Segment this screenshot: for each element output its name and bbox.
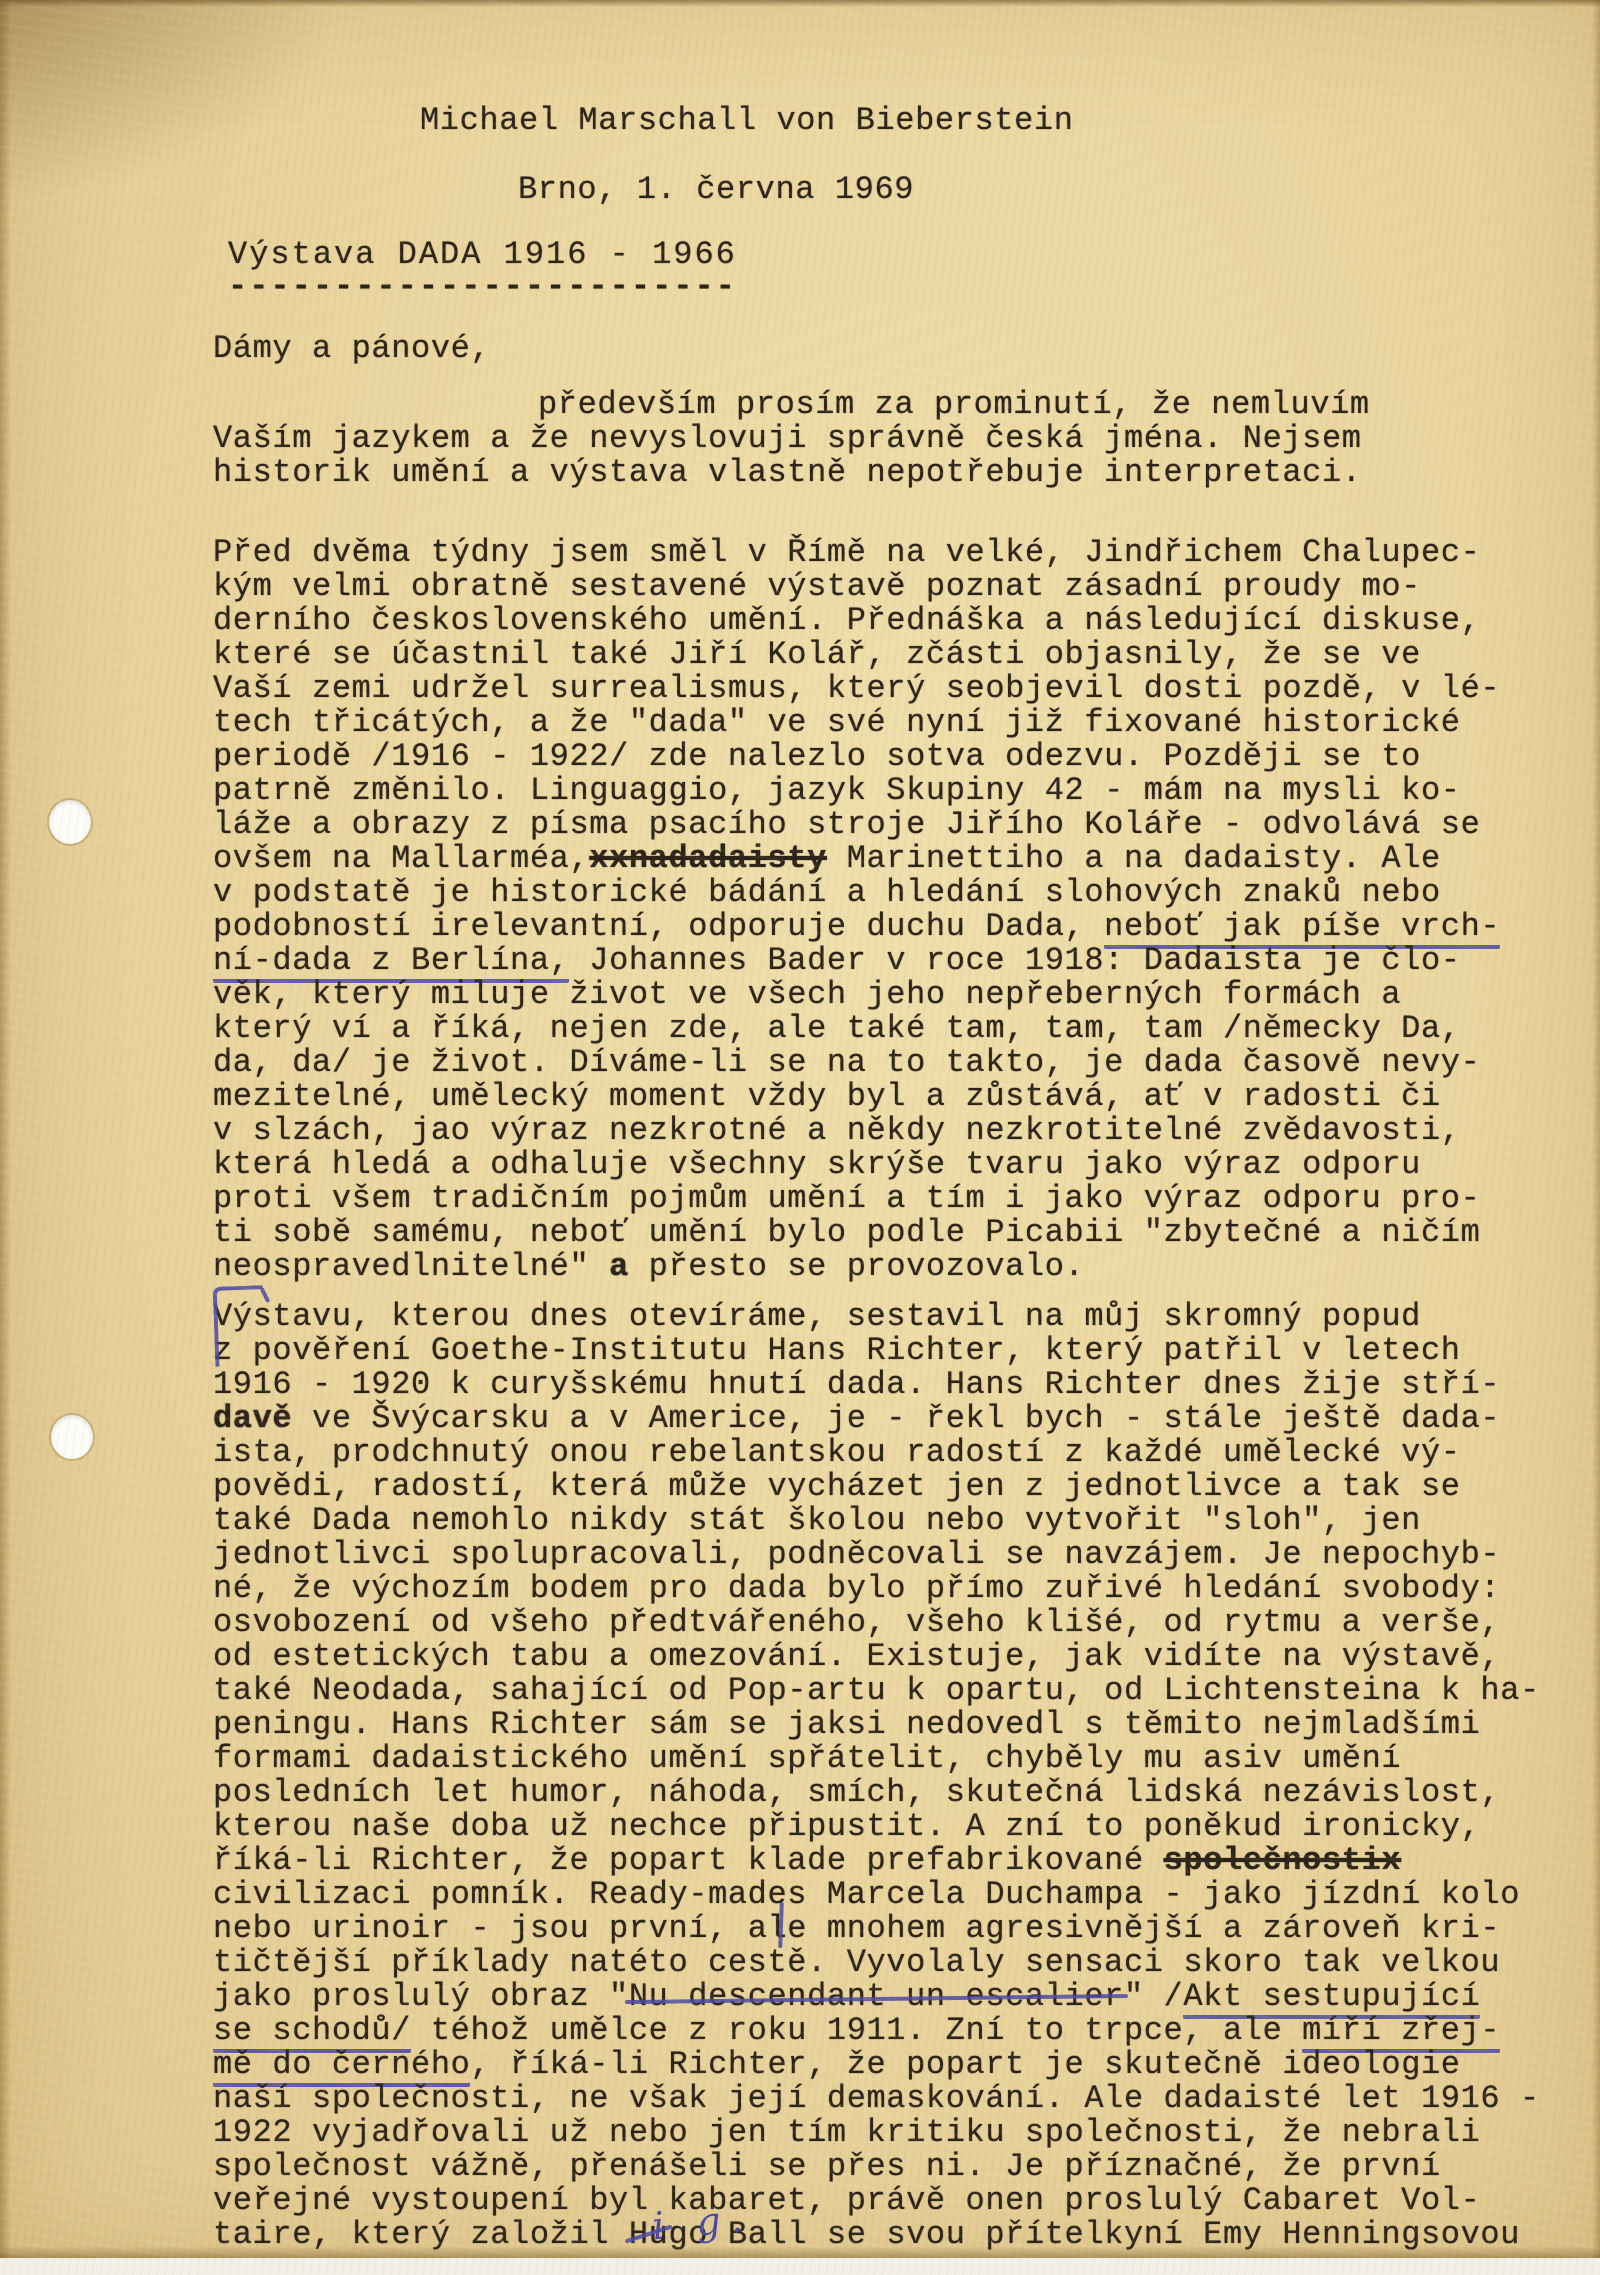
- annotated-text-pen-strike: Nu descendant un escalier: [629, 1978, 1124, 2015]
- text-line: mezitelné, umělecký moment vždy byl a zů…: [213, 1080, 1560, 1114]
- text-line: jako proslulý obraz "Nu descendant un es…: [213, 1980, 1560, 2014]
- text-line: především prosím za prominutí, že nemluv…: [213, 388, 1560, 422]
- text-segment: Výstavu, kterou dnes otevíráme, sestavil…: [213, 1298, 1421, 1335]
- text-line: se schodů/ téhož umělce z roku 1911. Zní…: [213, 2014, 1560, 2048]
- text-line: Vaší zemi udržel surrealismus, který seo…: [213, 672, 1560, 706]
- text-line: kým velmi obratně sestavené výstavě pozn…: [213, 570, 1560, 604]
- annotated-text-pen-caret: ale: [748, 1910, 807, 1947]
- text-segment: nebo urinoir - jsou první,: [213, 1910, 748, 1947]
- author-line: Michael Marschall von Bieberstein: [420, 102, 1074, 139]
- text-segment: né, že výchozím bodem pro dada bylo přím…: [213, 1570, 1500, 1607]
- text-line: davě ve Švýcarsku a v Americe, je - řekl…: [213, 1402, 1560, 1436]
- text-segment: od estetických tabu a omezování. Existuj…: [213, 1638, 1500, 1675]
- text-segment: Johannes Bader v roce 1918: Dadaista je …: [569, 942, 1460, 979]
- text-line: derního československého umění. Přednášk…: [213, 604, 1560, 638]
- text-segment: z pověření Goethe-Institutu Hans Richter…: [213, 1332, 1461, 1369]
- text-line: z pověření Goethe-Institutu Hans Richter…: [213, 1334, 1560, 1368]
- text-segment: také Dada nemohlo nikdy stát školou nebo…: [213, 1502, 1421, 1539]
- text-line: mě do černého, říká-li Richter, že popar…: [213, 2048, 1560, 2082]
- text-line: periodě /1916 - 1922/ zde nalezlo sotva …: [213, 740, 1560, 774]
- text-line: podobností irelevantní, odporuje duchu D…: [213, 910, 1560, 944]
- text-segment: ti sobě samému, neboť umění bylo podle P…: [213, 1214, 1480, 1251]
- text-line: ní-dada z Berlína, Johannes Bader v roce…: [213, 944, 1560, 978]
- text-segment: proti všem tradičním pojmům umění a tím …: [213, 1180, 1480, 1217]
- text-line: které se účastnil také Jiří Kolář, zčást…: [213, 638, 1560, 672]
- text-line: v podstatě je historické bádání a hledán…: [213, 876, 1560, 910]
- text-line: proti všem tradičním pojmům umění a tím …: [213, 1182, 1560, 1216]
- text-line: společnost vážně, přenášeli se přes ni. …: [213, 2150, 1560, 2184]
- text-segment: láže a obrazy z písma psacího stroje Jiř…: [213, 806, 1480, 843]
- text-line: od estetických tabu a omezování. Existuj…: [213, 1640, 1560, 1674]
- text-line: naší společnosti, ne však její demasková…: [213, 2082, 1560, 2116]
- text-line: kterou naše doba už nechce připustit. A …: [213, 1810, 1560, 1844]
- handwritten-initials: i g.: [650, 2196, 754, 2249]
- text-segment: říká-li Richter, že popart klade prefabr…: [213, 1842, 1164, 1879]
- text-line: Před dvěma týdny jsem směl v Římě na vel…: [213, 536, 1560, 570]
- text-line: da, da/ je život. Díváme-li se na to tak…: [213, 1046, 1560, 1080]
- text-segment: společnost vážně, přenášeli se přes ni. …: [213, 2148, 1441, 2185]
- text-segment: jednotlivci spolupracovali, podněcovali …: [213, 1536, 1500, 1573]
- text-segment: " /: [1124, 1978, 1183, 2015]
- text-segment: věk, který miluje život ve všech jeho ne…: [213, 976, 1401, 1013]
- text-segment: 1922 vyjadřovali už nebo jen tím kritiku…: [213, 2114, 1480, 2151]
- text-line: láže a obrazy z písma psacího stroje Jiř…: [213, 808, 1560, 842]
- typewritten-letter-page: Michael Marschall von Bieberstein Brno, …: [0, 0, 1600, 2275]
- text-line: věk, který miluje život ve všech jeho ne…: [213, 978, 1560, 1012]
- text-line: formami dadaistického umění spřátelit, c…: [213, 1742, 1560, 1776]
- text-segment: Marinettiho a na dadaisty. Ale: [827, 840, 1441, 877]
- text-segment: periodě /1916 - 1922/ zde nalezlo sotva …: [213, 738, 1421, 775]
- text-segment: kým velmi obratně sestavené výstavě pozn…: [213, 568, 1421, 605]
- text-line: která hledá a odhaluje všechny skrýše tv…: [213, 1148, 1560, 1182]
- text-segment: která hledá a odhaluje všechny skrýše tv…: [213, 1146, 1421, 1183]
- text-line: říká-li Richter, že popart klade prefabr…: [213, 1844, 1560, 1878]
- text-segment: neospravedlnitelné": [213, 1248, 609, 1285]
- text-line: povědi, radostí, která může vycházet jen…: [213, 1470, 1560, 1504]
- paragraph: především prosím za prominutí, že nemluv…: [213, 388, 1560, 490]
- text-segment: naší společnosti, ne však její demasková…: [213, 2080, 1540, 2117]
- text-line: civilizaci pomník. Ready-mades Marcela D…: [213, 1878, 1560, 1912]
- text-line: 1916 - 1920 k curyšskému hnutí dada. Han…: [213, 1368, 1560, 1402]
- text-segment: historik umění a výstava vlastně nepotře…: [213, 454, 1362, 491]
- paper-corner-shadow: [0, 0, 340, 200]
- punch-hole-bottom: [51, 1415, 93, 1459]
- text-line: veřejné vystoupení byl kabaret, právě on…: [213, 2184, 1560, 2218]
- text-line: ista, prodchnutý onou rebelantskou rados…: [213, 1436, 1560, 1470]
- text-segment: podobností irelevantní, odporuje duchu D…: [213, 908, 1104, 945]
- pen-bracket-annotation: [213, 1285, 266, 1367]
- text-segment: patrně změnilo. Linguaggio, jazyk Skupin…: [213, 772, 1461, 809]
- title-underline-dashes: ------------------------: [228, 268, 737, 305]
- text-segment: mezitelné, umělecký moment vždy byl a zů…: [213, 1078, 1441, 1115]
- text-segment: mnohem agresivnější a zároveň kri-: [807, 1910, 1500, 1947]
- text-segment: povědi, radostí, která může vycházet jen…: [213, 1468, 1461, 1505]
- paper-edge-bottom: [0, 2246, 1600, 2258]
- paragraph: Výstavu, kterou dnes otevíráme, sestavil…: [213, 1300, 1560, 2252]
- text-segment: které se účastnil také Jiří Kolář, zčást…: [213, 636, 1421, 673]
- text-line: ovšem na Mallarméa,xxnadadaisty Marinett…: [213, 842, 1560, 876]
- text-segment: osvobození od všeho předtvářeného, všeho…: [213, 1604, 1500, 1641]
- text-segment: derního československého umění. Přednášk…: [213, 602, 1480, 639]
- paper-edge-right: [1592, 0, 1600, 2275]
- annotated-text-overtype: davě: [213, 1400, 292, 1437]
- text-line: Výstavu, kterou dnes otevíráme, sestavil…: [213, 1300, 1560, 1334]
- text-segment: především prosím za prominutí, že nemluv…: [538, 386, 1370, 423]
- text-segment: 1916 - 1920 k curyšskému hnutí dada. Han…: [213, 1366, 1500, 1403]
- text-segment: téhož umělce z roku 1911. Zní to trpce, …: [411, 2012, 1302, 2049]
- text-line: posledních let humor, náhoda, smích, sku…: [213, 1776, 1560, 1810]
- text-segment: da, da/ je život. Díváme-li se na to tak…: [213, 1044, 1480, 1081]
- text-segment: Vaší zemi udržel surrealismus, který seo…: [213, 670, 1500, 707]
- annotated-text-type-strike: společnostix: [1164, 1842, 1402, 1879]
- scan-background-strip: [0, 2258, 1600, 2275]
- text-line: historik umění a výstava vlastně nepotře…: [213, 456, 1560, 490]
- text-segment: přesto se provozovalo.: [629, 1248, 1084, 1285]
- text-segment: ve Švýcarsku a v Americe, je - řekl bych…: [292, 1400, 1500, 1437]
- salutation: Dámy a pánové,: [213, 330, 490, 367]
- text-segment: v slzách, jao výraz nezkrotné a někdy ne…: [213, 1112, 1461, 1149]
- text-segment: civilizaci pomník. Ready-mades Marcela D…: [213, 1876, 1520, 1913]
- text-segment: ovšem na Mallarméa,: [213, 840, 589, 877]
- text-segment: Před dvěma týdny jsem směl v Římě na vel…: [213, 534, 1480, 571]
- text-line: jednotlivci spolupracovali, podněcovali …: [213, 1538, 1560, 1572]
- text-segment: jako proslulý obraz ": [213, 1978, 629, 2015]
- text-line: nebo urinoir - jsou první, ale mnohem ag…: [213, 1912, 1560, 1946]
- text-line: tičtější příklady natéto cestě. Vyvolaly…: [213, 1946, 1560, 1980]
- text-segment: také Neodada, sahající od Pop-artu k opa…: [213, 1672, 1540, 1709]
- text-segment: tičtější příklady natéto cestě. Vyvolaly…: [213, 1944, 1500, 1981]
- text-segment: Vaším jazykem a že nevyslovuji správně č…: [213, 420, 1362, 457]
- text-line: v slzách, jao výraz nezkrotné a někdy ne…: [213, 1114, 1560, 1148]
- paper-edge-left: [0, 0, 11, 2275]
- text-line: 1922 vyjadřovali už nebo jen tím kritiku…: [213, 2116, 1560, 2150]
- text-segment: tech třicátých, a že "dada" ve své nyní …: [213, 704, 1461, 741]
- paragraph: Před dvěma týdny jsem směl v Římě na vel…: [213, 536, 1560, 1284]
- text-segment: formami dadaistického umění spřátelit, c…: [213, 1740, 1401, 1777]
- annotated-text-overtype: a: [609, 1248, 629, 1285]
- text-line: osvobození od všeho předtvářeného, všeho…: [213, 1606, 1560, 1640]
- text-line: neospravedlnitelné" a přesto se provozov…: [213, 1250, 1560, 1284]
- annotated-text-type-strike: xxnadadaisty: [589, 840, 827, 877]
- text-segment: peningu. Hans Richter sám se jaksi nedov…: [213, 1706, 1480, 1743]
- text-line: také Neodada, sahající od Pop-artu k opa…: [213, 1674, 1560, 1708]
- dateline: Brno, 1. června 1969: [518, 171, 914, 208]
- text-line: peningu. Hans Richter sám se jaksi nedov…: [213, 1708, 1560, 1742]
- text-line: Vaším jazykem a že nevyslovuji správně č…: [213, 422, 1560, 456]
- text-line: také Dada nemohlo nikdy stát školou nebo…: [213, 1504, 1560, 1538]
- text-segment: kterou naše doba už nechce připustit. A …: [213, 1808, 1480, 1845]
- text-line: který ví a říká, nejen zde, ale také tam…: [213, 1012, 1560, 1046]
- text-line: né, že výchozím bodem pro dada bylo přím…: [213, 1572, 1560, 1606]
- text-segment: veřejné vystoupení byl kabaret, právě on…: [213, 2182, 1480, 2219]
- text-segment: ista, prodchnutý onou rebelantskou rados…: [213, 1434, 1461, 1471]
- text-segment: v podstatě je historické bádání a hledán…: [213, 874, 1441, 911]
- text-line: ti sobě samému, neboť umění bylo podle P…: [213, 1216, 1560, 1250]
- text-segment: , říká-li Richter, že popart je skutečně…: [470, 2046, 1460, 2083]
- text-line: patrně změnilo. Linguaggio, jazyk Skupin…: [213, 774, 1560, 808]
- punch-hole-top: [49, 800, 91, 844]
- text-line: tech třicátých, a že "dada" ve své nyní …: [213, 706, 1560, 740]
- text-segment: posledních let humor, náhoda, smích, sku…: [213, 1774, 1500, 1811]
- text-segment: který ví a říká, nejen zde, ale také tam…: [213, 1010, 1461, 1047]
